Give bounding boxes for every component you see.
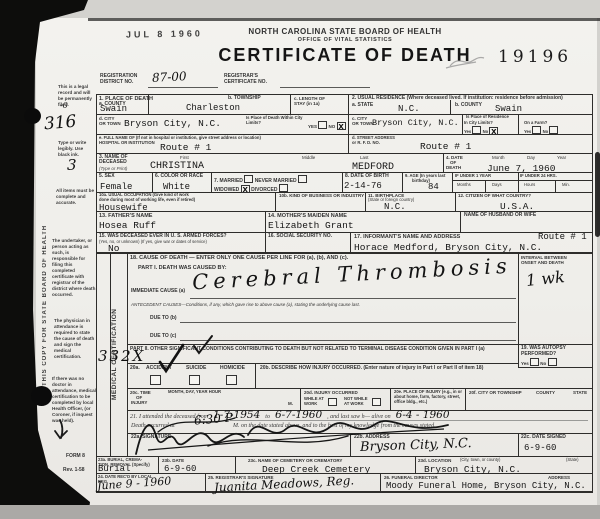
margin-note-undertaker: The undertaker, or person acting as such… — [52, 238, 96, 298]
cause-a-line — [190, 298, 516, 299]
race-value: White — [163, 182, 190, 192]
days-label: Days — [492, 183, 502, 188]
reg-district-value: 87-00 — [152, 69, 187, 85]
margin-vertical-text: THIS COPY FOR STATE BOARD OF HEALTH — [42, 205, 48, 405]
informant-label: 17. INFORMANT'S NAME AND ADDRESS — [354, 234, 460, 240]
reg-district-label-2: DISTRICT NO. — [100, 80, 133, 86]
if-under-24-hrs-label: IF UNDER 24 HRS. — [520, 174, 557, 179]
ssn-label: 16. SOCIAL SECURITY NO. — [268, 234, 332, 240]
burial-date-label: 23b. DATE — [162, 458, 184, 463]
last-name-label: Last — [360, 155, 369, 160]
months-label: Months — [457, 183, 471, 188]
place-limits-yes-checkbox — [318, 121, 327, 129]
citizen-value: U.S.A. — [500, 201, 534, 212]
location-sublabel-2: (State) — [566, 458, 579, 463]
place-county-value: Swain — [100, 104, 127, 114]
funeral-director-address-label: ADDRESS — [548, 475, 570, 480]
location-sublabel-1: (City, town, or county) — [460, 458, 500, 463]
injury-city-label: 20f. CITY OR TOWNSHIP — [469, 390, 522, 395]
not-while-at-work-checkbox — [372, 398, 381, 406]
citizen-label: 12. CITIZEN OF WHAT COUNTRY? — [458, 193, 531, 198]
residence-county-value: Swain — [495, 104, 522, 114]
place-city-limits-label: Is Place of Death Within City Limits? — [246, 116, 308, 126]
first-name-value: CHRISTINA — [150, 161, 204, 172]
immediate-cause-label: IMMEDIATE CAUSE (a) — [131, 289, 185, 295]
hospital-value: Route # 1 — [160, 142, 211, 153]
residence-farm-boxes: Yes No — [524, 126, 558, 134]
no-label: No — [543, 129, 549, 134]
homicide-label: HOMICIDE — [220, 366, 245, 372]
day-label: Day — [527, 155, 535, 160]
min-label: Min. — [562, 183, 570, 188]
first-name-label: First — [180, 155, 189, 160]
industry-label: 10b. KIND OF BUSINESS OR INDUSTRY — [279, 193, 364, 198]
sex-value: Female — [100, 182, 132, 192]
autopsy-yes-checkbox — [530, 358, 539, 366]
dob-value: 2-14-76 — [344, 181, 382, 191]
accident-checkbox — [150, 375, 161, 385]
margin-code-handwriting: 332X — [98, 347, 145, 365]
form-number: FORM 8 — [66, 454, 85, 460]
residence-county-label: b. COUNTY — [455, 103, 482, 109]
registrar-cert-line — [280, 87, 370, 88]
place-limits-no-checkbox: X — [337, 122, 346, 130]
autopsy-boxes: Yes No — [521, 358, 557, 366]
org-subtitle: OFFICE OF VITAL STATISTICS — [190, 37, 500, 43]
residence-farm-yes-checkbox — [532, 126, 541, 134]
item-20a-number: 20a. — [130, 366, 140, 372]
spouse-name-label: NAME OF HUSBAND OR WIFE — [464, 213, 536, 219]
deceased-name-label-3: (Type or Print) — [99, 166, 127, 171]
suicide-label: SUICIDE — [186, 366, 206, 372]
hours-label: Hours — [524, 183, 535, 188]
never-married-checkbox — [298, 175, 307, 183]
margin-note-physician: The physician in attendance is required … — [54, 318, 96, 360]
no-label: NO — [329, 124, 336, 129]
length-of-stay-label-2: STAY (in 1a) — [294, 101, 320, 106]
describe-injury-label: 20b. DESCRIBE HOW INJURY OCCURRED. (Ente… — [260, 366, 483, 372]
death-occurred-post: M. on the date stated above, and to the … — [233, 423, 436, 429]
due-b-line — [180, 322, 516, 323]
while-at-work-label-2: WORK — [304, 402, 317, 407]
divorced-checkbox — [279, 184, 288, 192]
race-label: 6. COLOR OR RACE — [155, 174, 203, 180]
date-signed-label: 22c. DATE SIGNED — [521, 435, 566, 441]
injury-occurred-label: 20d. INJURY OCCURRED — [304, 390, 358, 395]
yes-label: Yes — [524, 129, 531, 134]
reg-district-line — [148, 87, 218, 88]
place-city-value: Bryson City, N.C. — [124, 118, 221, 129]
margin-note-complete: All items must be complete and accurate. — [56, 188, 96, 206]
autopsy-label-2: PERFORMED? — [521, 352, 556, 358]
residence-city-value: Bryson City, N.C. — [372, 118, 459, 128]
yes-label: Yes — [521, 361, 529, 366]
burial-date-value: 6-9-60 — [164, 464, 196, 474]
residence-incity-yes-checkbox — [472, 126, 481, 134]
father-name-label: 13. FATHER'S NAME — [99, 213, 152, 219]
funeral-director-value: Moody Funeral Home, Bryson City, N.C. — [386, 481, 586, 491]
registrar-cert-label-2: CERTIFICATE NO. — [224, 80, 267, 86]
antecedent-label: ANTECEDENT CAUSES—Conditions, if any, wh… — [131, 302, 360, 307]
street-address-label-2: or R. F. D. NO. — [352, 141, 380, 146]
marital-row-2: WIDOWED X DIVORCED — [214, 184, 288, 193]
occupation-value: Housewife — [99, 203, 148, 213]
informant-name-value: Horace Medford, Bryson City, N.C. — [354, 242, 542, 253]
residence-incity-no-checkbox: X — [489, 127, 498, 135]
deceased-name-label-2: DECEASED — [99, 160, 127, 166]
location-value: Bryson City, N.C. — [424, 464, 521, 475]
location-label: 23d. LOCATION — [418, 458, 451, 463]
scan-edge-right — [595, 152, 600, 237]
married-checkbox — [244, 175, 253, 183]
due-to-c-label: DUE TO (c) — [150, 334, 176, 340]
widowed-label: WIDOWED — [214, 187, 239, 193]
autopsy-no-checkbox — [548, 358, 557, 366]
middle-name-label: Middle — [302, 155, 315, 160]
margin-handwriting-316: 316 — [43, 112, 77, 135]
place-township-value: Charleston — [186, 103, 240, 113]
year-label: Year — [557, 155, 566, 160]
informant-route-value: Route # 1 — [538, 232, 587, 242]
residence-state-label: a. STATE — [352, 103, 373, 109]
time-of-injury-sublabel: MONTH, DAY, YEAR HOUR — [168, 390, 221, 395]
time-of-injury-label-3: INJURY — [131, 400, 147, 405]
margin-handwriting-0: -0 — [60, 101, 68, 110]
residence-state-value: N.C. — [398, 104, 420, 114]
scan-strip-bottom — [0, 505, 600, 519]
month-label: Month — [492, 155, 505, 160]
street-address-value: Route # 1 — [420, 141, 471, 152]
father-name-value: Hosea Ruff — [99, 220, 156, 231]
date-of-death-label-3: DEATH — [446, 165, 461, 170]
mother-name-label: 14. MOTHER'S MAIDEN NAME — [268, 213, 347, 219]
interval-handwriting: 1 wk — [525, 267, 565, 290]
while-at-work-checkbox — [328, 398, 337, 406]
cause-of-death-header: 18. CAUSE OF DEATH — ENTER ONLY ONE CAUS… — [130, 255, 348, 261]
death-occurred-pre: Death occurred at — [131, 423, 175, 429]
death-certificate-scan: This is a legal record and will be perma… — [0, 0, 600, 519]
hospital-label-2: HOSPITAL OR INSTITUTION — [99, 141, 155, 146]
margin-note-no-doctor: If there was no doctor in attendance, me… — [52, 376, 96, 424]
injury-state-label: STATE — [573, 390, 587, 395]
hole-punch-top — [24, 108, 41, 124]
attended-baseline — [230, 420, 588, 421]
serial-number: 19196 — [498, 47, 572, 67]
due-c-line — [180, 340, 516, 341]
due-to-b-label: DUE TO (b) — [150, 316, 177, 322]
place-city-limits-boxes: YES NO X — [308, 121, 346, 130]
homicide-checkbox — [226, 375, 237, 385]
marital-row-1: 7. MARRIED NEVER MARRIED — [214, 175, 307, 184]
no-label: No — [540, 361, 546, 366]
injury-county-label: COUNTY — [536, 390, 555, 395]
time-of-injury-m-label: M. — [288, 401, 293, 406]
margin-note-type: Type or write legibly. Use black ink. — [58, 140, 96, 158]
residence-section-label: 2. USUAL RESIDENCE (Where deceased lived… — [352, 96, 563, 102]
yes-label: Yes — [464, 129, 471, 134]
place-of-injury-label: 20e. PLACE OF INJURY (e.g., in or about … — [394, 390, 462, 405]
accident-label: ACCIDENT — [146, 366, 172, 372]
no-label: No — [483, 129, 489, 134]
sex-label: 5. SEX — [99, 174, 115, 180]
cemetery-value: Deep Creek Cemetery — [262, 464, 370, 475]
org-title: NORTH CAROLINA STATE BOARD OF HEALTH — [190, 27, 500, 36]
scan-streak-top — [88, 18, 600, 21]
certificate-title: CERTIFICATE OF DEATH — [180, 45, 510, 66]
interval-label-2: ONSET AND DEATH — [521, 260, 564, 265]
last-name-value: MEDFORD — [352, 162, 394, 173]
residence-incity-boxes: Yes No X — [464, 126, 498, 135]
divorced-label: DIVORCED — [251, 187, 277, 193]
dob-label: 8. DATE OF BIRTH — [345, 174, 389, 180]
part2-label: PART II. OTHER SIGNIFICANT CONDITIONS CO… — [130, 347, 485, 353]
residence-city-label-2: OR TOWN — [352, 121, 374, 126]
yes-label: YES — [308, 124, 317, 129]
birthplace-value: N.C. — [384, 202, 406, 212]
funeral-director-label: 26. FUNERAL DIRECTOR — [384, 475, 438, 480]
age-value: 84 — [428, 182, 439, 192]
if-under-1-year-label: IF UNDER 1 YEAR — [455, 174, 491, 179]
suicide-checkbox — [189, 375, 200, 385]
burial-value: Burial — [98, 464, 130, 474]
place-city-label-2: OR TOWN — [99, 121, 121, 126]
date-signed-value: 6-9-60 — [524, 443, 556, 453]
cemetery-label: 23c. NAME OF CEMETERY OR CREMATORY — [248, 458, 342, 463]
not-while-at-work-label-2: AT WORK — [344, 402, 364, 407]
residence-farm-no-checkbox — [549, 126, 558, 134]
widowed-checkbox: X — [241, 185, 250, 193]
place-township-label: b. TOWNSHIP — [228, 96, 261, 102]
form-revision: Rev. 1-58 — [63, 468, 85, 474]
mother-name-value: Elizabeth Grant — [268, 220, 354, 231]
margin-handwriting-3: 3 — [67, 156, 77, 174]
signature-label: 22a. SIGNATURE — [131, 435, 171, 441]
